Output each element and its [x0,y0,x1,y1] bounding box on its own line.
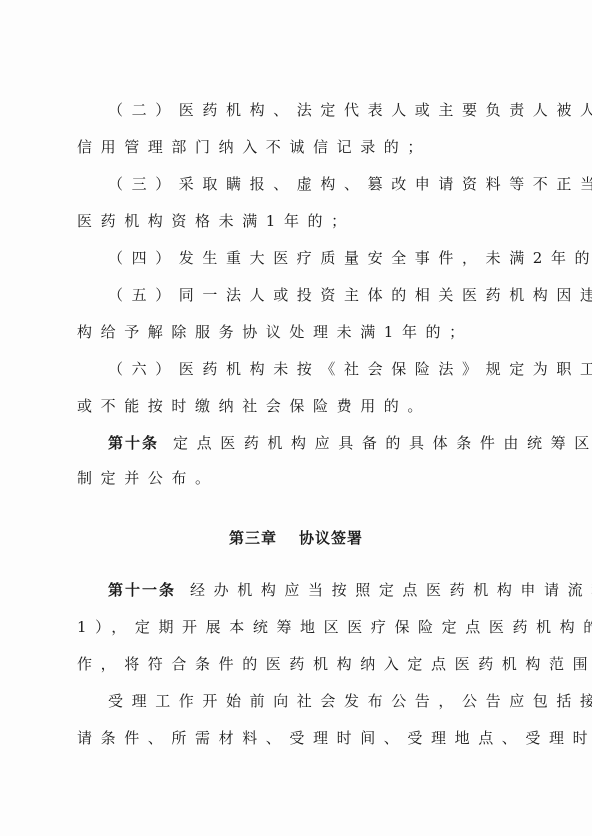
clause-2-line-1: （二）医药机构、法定代表人或主要负责人被人民法院或其他 [108,100,548,120]
chapter-number: 第三章 [229,529,277,547]
clause-3-line-2: 医药机构资格未满1年的； [77,211,517,231]
article-11-cont-1: 1），定期开展本统筹地区医疗保险定点医药机构的申请受理工 [77,617,517,637]
clause-2-line-2: 信用管理部门纳入不诚信记录的； [77,137,517,157]
notice-line-2: 请条件、所需材料、受理时间、受理地点、受理时限、新增数量等基 [77,728,517,748]
document-page: （二）医药机构、法定代表人或主要负责人被人民法院或其他 信用管理部门纳入不诚信记… [0,0,592,836]
clause-4-line-1: （四）发生重大医疗质量安全事件，未满2年的； [108,248,548,268]
clause-5-line-2: 构给予解除服务协议处理未满1年的； [77,322,517,342]
article-10: 第十条定点医药机构应具备的具体条件由统筹区人社部门 [108,433,548,453]
clause-6-line-2: 或不能按时缴纳社会保险费用的。 [77,396,517,416]
notice-line-1: 受理工作开始前向社会发布公告，公告应包括接受申请的申 [108,691,548,711]
article-11-cont-2: 作，将符合条件的医药机构纳入定点医药机构范围。 [77,654,517,674]
article-11-text: 经办机构应当按照定点医药机构申请流程（附件 [190,581,592,599]
article-11: 第十一条经办机构应当按照定点医药机构申请流程（附件 [108,580,548,600]
article-10-label: 第十条 [108,434,159,452]
clause-5-line-1: （五）同一法人或投资主体的相关医药机构因违约被经办机 [108,285,548,305]
article-10-cont: 制定并公布。 [77,468,517,488]
clause-6-line-1: （六）医药机构未按《社会保险法》规定为职工参加社会保险， [108,359,548,379]
chapter-heading: 第三章协议签署 [0,528,592,548]
article-10-text: 定点医药机构应具备的具体条件由统筹区人社部门 [173,434,592,452]
chapter-title: 协议签署 [299,529,363,547]
clause-3-line-1: （三）采取瞒报、虚构、篡改申请资料等不正当手段申请定点 [108,174,548,194]
article-11-label: 第十一条 [108,581,176,599]
